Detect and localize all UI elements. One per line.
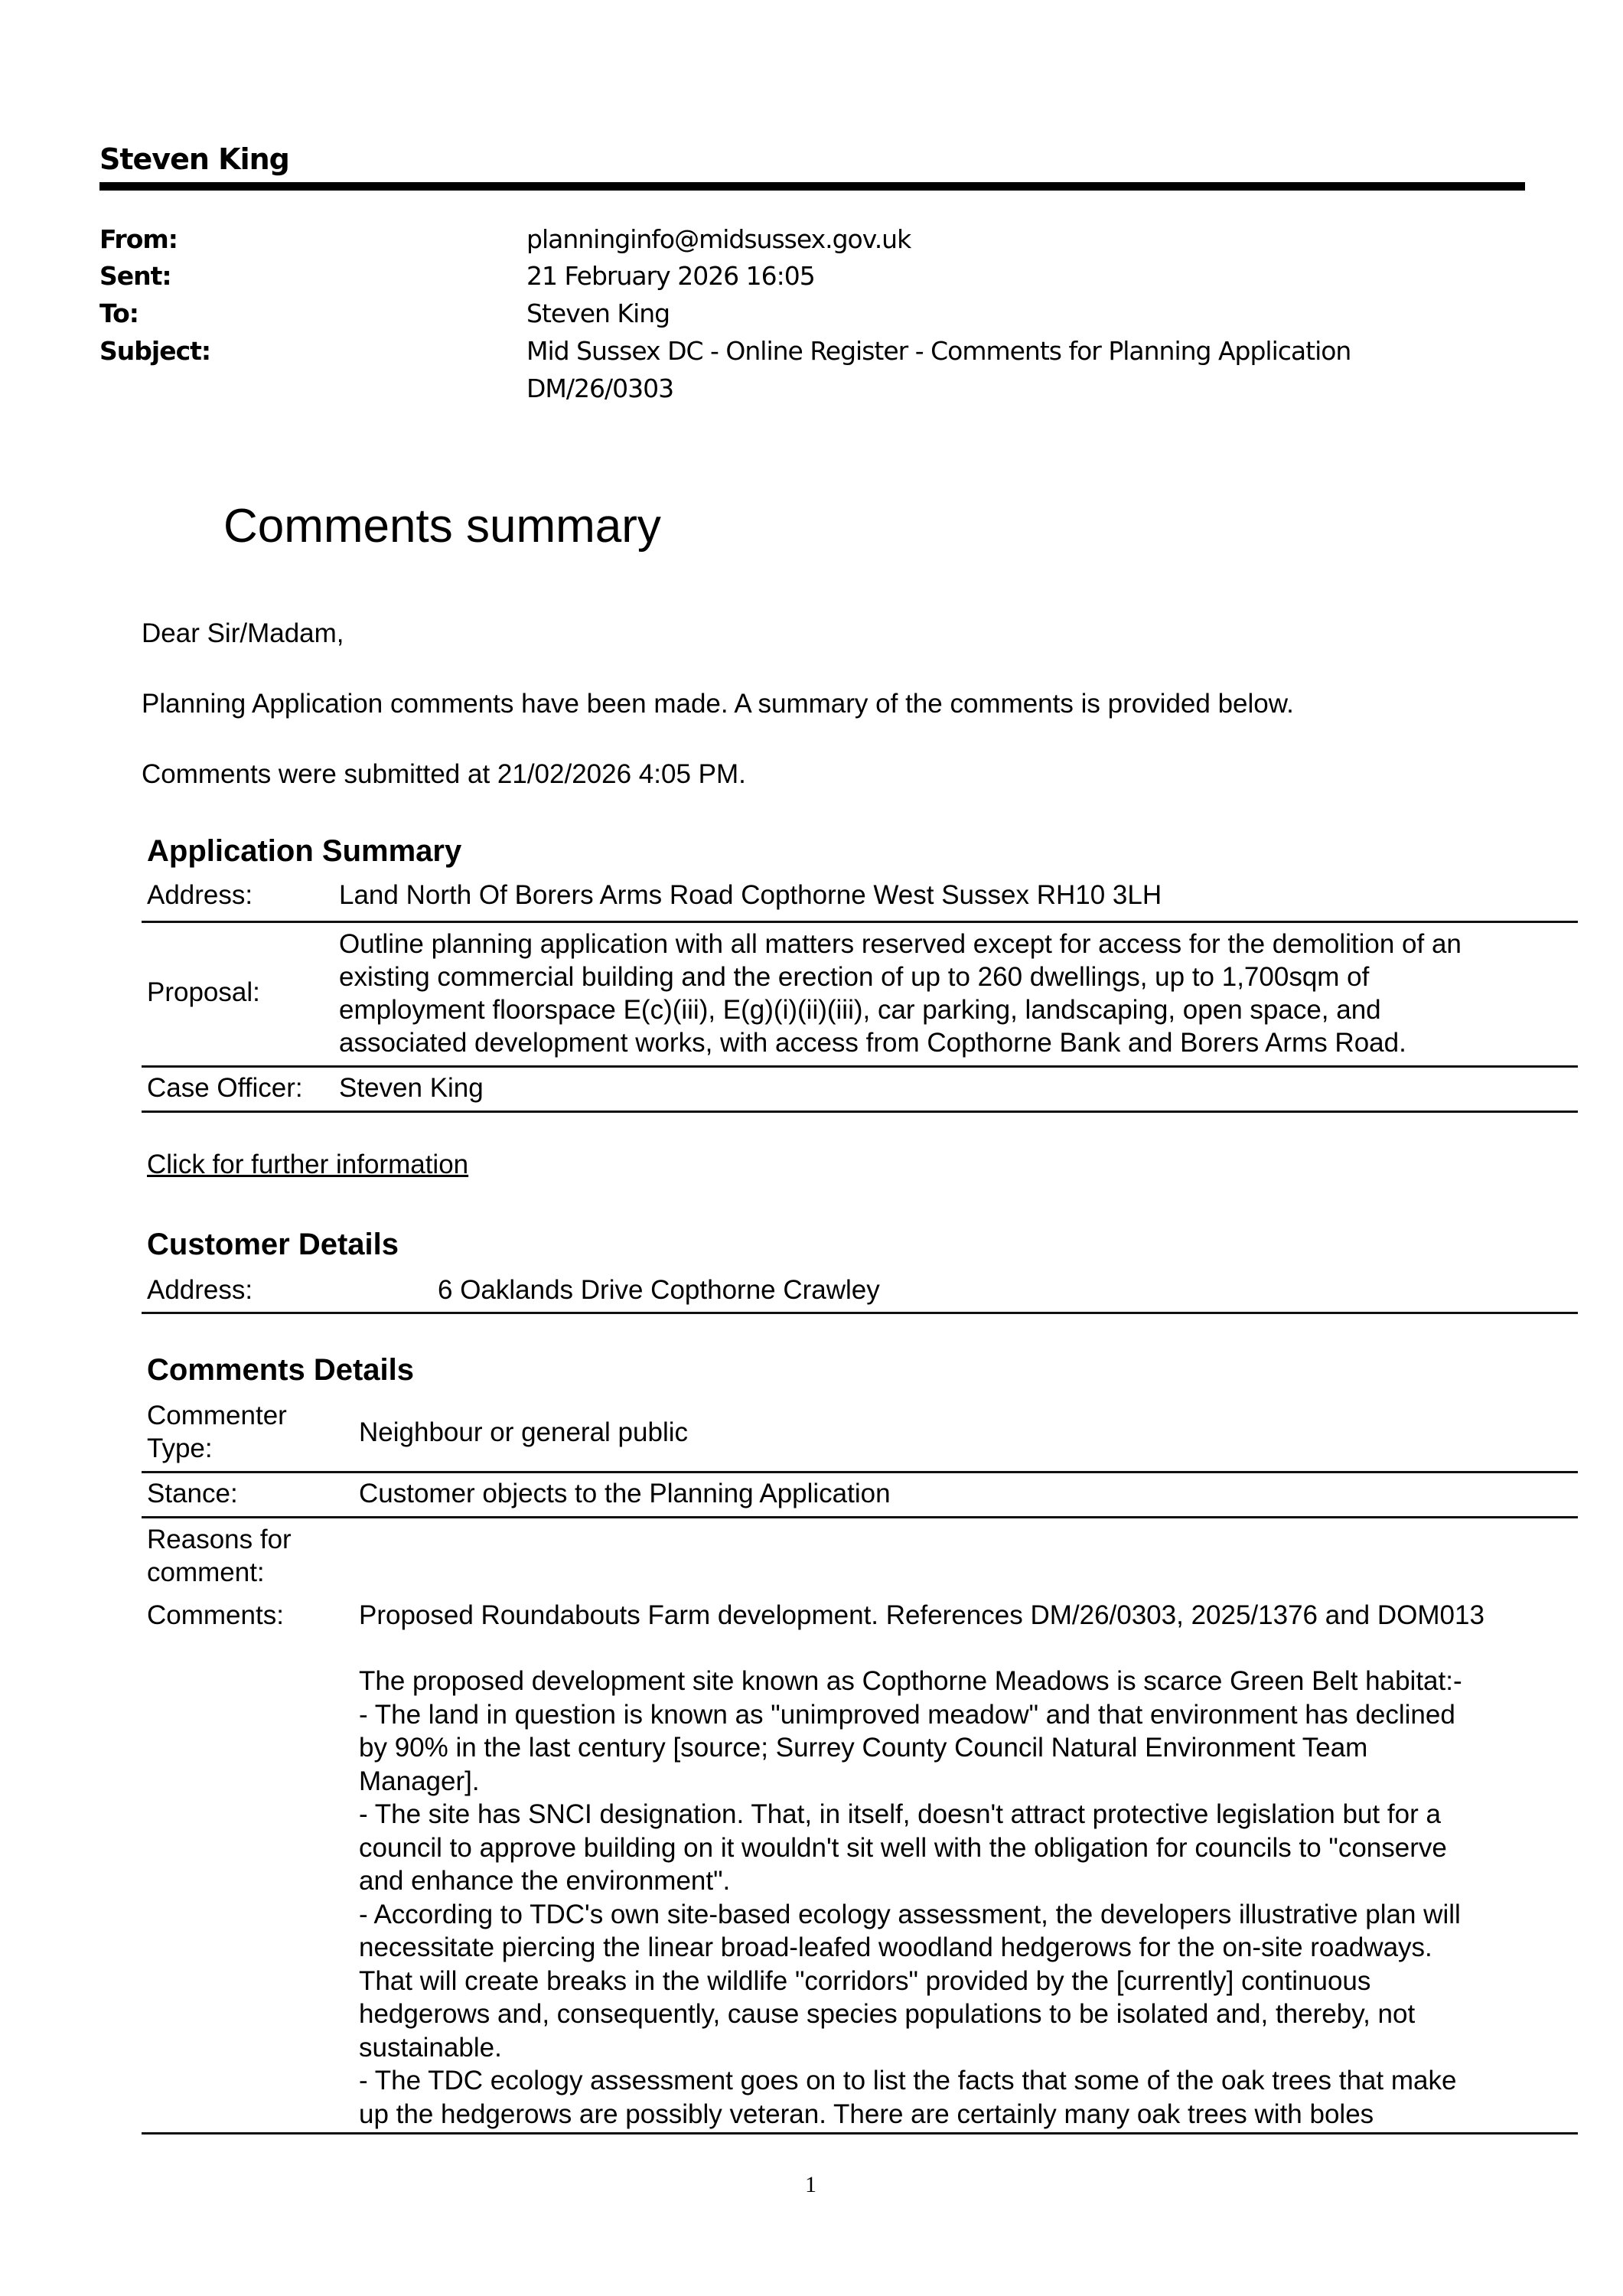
comment-line: That will create breaks in the wildlife … [359,1965,1583,1998]
comments-first-line: Proposed Roundabouts Farm development. R… [359,1599,1484,1632]
comment-line: - The site has SNCI designation. That, i… [359,1798,1583,1831]
header-divider [99,182,1525,191]
page-title: Comments summary [223,499,661,553]
comment-line: hedgerows and, consequently, cause speci… [359,1998,1583,2031]
comment-line: - The TDC ecology assessment goes on to … [359,2064,1583,2098]
proposal-line-3: employment floorspace E(c)(iii), E(g)(i)… [339,993,1381,1026]
greeting: Dear Sir/Madam, [142,618,344,649]
comments-label: Comments: [147,1599,284,1632]
reasons-label-1: Reasons for [147,1523,292,1556]
subject-value-line2: DM/26/0303 [526,373,673,403]
comment-line: Manager]. [359,1765,1583,1799]
commenter-type-label-2: Type: [147,1432,213,1465]
comment-line: up the hedgerows are possibly veteran. T… [359,2098,1583,2131]
sent-value: 21 February 2026 16:05 [526,261,815,291]
row-divider [142,1471,1578,1473]
submitted-text: Comments were submitted at 21/02/2026 4:… [142,759,746,790]
case-officer-label: Case Officer: [147,1071,303,1104]
intro-text: Planning Application comments have been … [142,689,1294,719]
stance-label: Stance: [147,1477,238,1510]
comments-body: The proposed development site known as C… [359,1665,1583,2131]
application-summary-heading: Application Summary [147,834,461,869]
row-divider [142,1110,1578,1113]
proposal-line-2: existing commercial building and the ere… [339,960,1369,993]
customer-address-value: 6 Oaklands Drive Copthorne Crawley [438,1274,880,1306]
to-value: Steven King [526,298,670,328]
to-label: To: [99,298,139,328]
comment-line: - According to TDC's own site-based ecol… [359,1898,1583,1932]
comment-line: sustainable. [359,2031,1583,2065]
row-divider [142,921,1578,923]
further-information-link[interactable]: Click for further information [147,1150,468,1180]
row-divider [142,1516,1578,1518]
commenter-type-label-1: Commenter [147,1399,287,1432]
commenter-type-value: Neighbour or general public [359,1416,688,1449]
comment-line: by 90% in the last century [source; Surr… [359,1731,1583,1765]
proposal-line-4: associated development works, with acces… [339,1026,1406,1059]
table-bottom-divider [142,2132,1578,2135]
sent-label: Sent: [99,261,171,291]
customer-address-label: Address: [147,1274,253,1306]
comment-line: and enhance the environment". [359,1864,1583,1898]
customer-details-heading: Customer Details [147,1228,399,1262]
app-address-value: Land North Of Borers Arms Road Copthorne… [339,879,1162,912]
from-label: From: [99,224,178,254]
comment-line: - The land in question is known as "unim… [359,1698,1583,1732]
from-value: planninginfo@midsussex.gov.uk [526,224,911,254]
app-address-label: Address: [147,879,253,912]
comment-line: The proposed development site known as C… [359,1665,1583,1698]
proposal-label: Proposal: [147,976,260,1009]
proposal-line-1: Outline planning application with all ma… [339,928,1462,960]
comment-line: council to approve building on it wouldn… [359,1831,1583,1865]
reasons-label-2: comment: [147,1556,265,1589]
subject-label: Subject: [99,336,210,366]
comments-details-heading: Comments Details [147,1353,414,1388]
case-officer-value: Steven King [339,1071,484,1104]
row-divider [142,1312,1578,1314]
stance-value: Customer objects to the Planning Applica… [359,1477,891,1510]
row-divider [142,1065,1578,1068]
page-number: 1 [805,2172,816,2198]
comment-line: necessitate piercing the linear broad-le… [359,1931,1583,1965]
subject-value-line1: Mid Sussex DC - Online Register - Commen… [526,336,1351,366]
sender-name: Steven King [99,142,289,176]
